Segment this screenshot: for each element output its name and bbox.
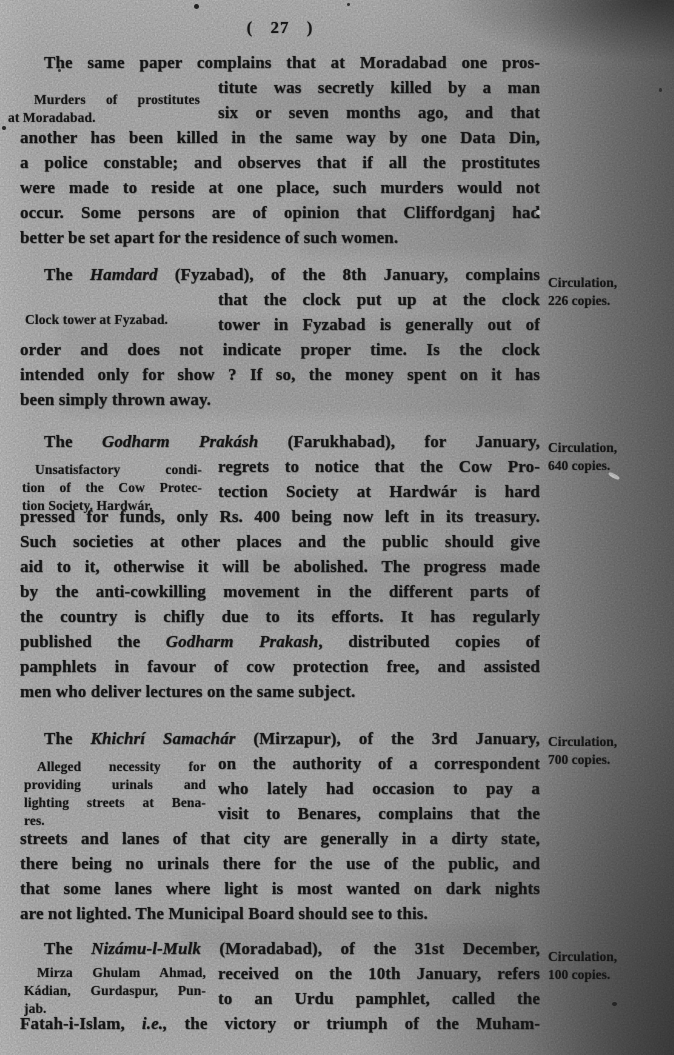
line-segment: published the <box>20 632 166 651</box>
body-line: tection Society at Hardwár is hard <box>218 479 540 504</box>
margin-note-line: at Moradabad. <box>8 109 200 127</box>
body-line: there being no urinals there for the use… <box>20 851 540 876</box>
line-segment: (Moradabad), of the 31st December, <box>201 939 540 958</box>
body-line: men who deliver lectures on the same sub… <box>20 679 540 704</box>
body-line: intended only for show ? If so, the mone… <box>20 362 540 387</box>
margin-note-line: tion of the Cow Protec- <box>22 479 202 497</box>
body-line: that the clock put up at the clock <box>218 287 540 312</box>
line-segment: The <box>44 939 91 958</box>
paper-speck <box>2 126 6 130</box>
line-segment: , distributed copies of <box>318 632 540 651</box>
circulation-line: 226 copies. <box>548 292 652 310</box>
margin-note-line: jab. <box>24 1000 206 1018</box>
margin-note-line: Mirza Ghulam Ahmad, <box>24 964 206 982</box>
body-line: received on the 10th January, refers <box>218 961 540 986</box>
line-segment: The <box>44 729 91 748</box>
paper-speck <box>347 3 350 6</box>
circulation-note: Circulation, 640 copies. <box>548 439 652 475</box>
body-line: tower in Fyzabad is generally out of <box>218 312 540 337</box>
line-segment: (Mirzapur), of the 3rd January, <box>236 729 540 748</box>
line-segment: The <box>44 265 90 284</box>
circulation-line: Circulation, <box>548 274 652 292</box>
body-line: occur. Some persons are of opinion that … <box>20 200 540 225</box>
body-line: order and does not indicate proper time.… <box>20 337 540 362</box>
newspaper-title: Hamdard <box>90 265 158 284</box>
newspaper-title: Khichrí Samachár <box>91 729 236 748</box>
margin-note-line: tion Society. Hardwár. <box>22 497 202 515</box>
body-line: to an Urdu pamphlet, called the <box>218 986 540 1011</box>
body-line: the country is chifly due to its efforts… <box>20 604 540 629</box>
line-segment: (Fyzabad), of the 8th January, complains <box>158 265 540 284</box>
margin-note-line: providing urinals and <box>24 776 206 794</box>
body-line: The Hamdard (Fyzabad), of the 8th Januar… <box>20 262 540 287</box>
body-line: were made to reside at one place, such m… <box>20 175 540 200</box>
page-number: ( 27 ) <box>20 18 540 38</box>
body-line: who lately had occasion to pay a <box>218 776 540 801</box>
margin-note-line: Unsatisfactory condi- <box>22 461 202 479</box>
body-line: aid to it, otherwise it will be abolishe… <box>20 554 540 579</box>
newspaper-title: Godharm Prakash <box>166 632 319 651</box>
circulation-line: 700 copies. <box>548 751 652 769</box>
margin-note-benares: Alleged necessity for providing urinals … <box>24 758 206 830</box>
margin-note-line: Kádian, Gurdaspur, Pun- <box>24 982 206 1000</box>
circulation-line: Circulation, <box>548 733 652 751</box>
circulation-line: Circulation, <box>548 948 652 966</box>
newspaper-title: Nizámu-l-Mulk <box>91 939 201 958</box>
margin-note-murders: Murders of prostitutes at Moradabad. <box>8 91 200 127</box>
circulation-line: Circulation, <box>548 439 652 457</box>
body-line: The same paper complains that at Moradab… <box>20 50 540 75</box>
body-line: The Godharm Prakásh (Farukhabad), for Ja… <box>20 429 540 454</box>
body-line: The Khichrí Samachár (Mirzapur), of the … <box>20 726 540 751</box>
body-line: published the Godharm Prakash, distribut… <box>20 629 540 654</box>
circulation-note: Circulation, 226 copies. <box>548 274 652 310</box>
body-line: Such societies at other places and the p… <box>20 529 540 554</box>
paper-speck <box>659 88 662 92</box>
body-line: by the anti-cowkilling movement in the d… <box>20 579 540 604</box>
margin-note-line: lighting streets at Bena- <box>24 794 206 812</box>
circulation-note: Circulation, 100 copies. <box>548 948 652 984</box>
circulation-line: 100 copies. <box>548 966 652 984</box>
body-line: on the authority of a correspondent <box>218 751 540 776</box>
body-line: visit to Benares, complains that the <box>218 801 540 826</box>
paper-speck <box>612 1002 617 1006</box>
line-segment: The <box>44 432 102 451</box>
body-line: regrets to notice that the Cow Pro- <box>218 454 540 479</box>
body-line: six or seven months ago, and that <box>218 100 540 125</box>
margin-note-line: Alleged necessity for <box>24 758 206 776</box>
margin-note-cow-protection: Unsatisfactory condi- tion of the Cow Pr… <box>22 461 202 515</box>
circulation-note: Circulation, 700 copies. <box>548 733 652 769</box>
margin-note-line: Clock tower at Fyzabad. <box>25 311 217 329</box>
circulation-line: 640 copies. <box>548 457 652 475</box>
body-line: titute was secretly killed by a man <box>218 75 540 100</box>
body-line: better be set apart for the residence of… <box>20 225 540 250</box>
margin-note-clock-tower: Clock tower at Fyzabad. <box>25 311 217 329</box>
body-line: that some lanes where light is most want… <box>20 876 540 901</box>
body-line: pamphlets in favour of cow protection fr… <box>20 654 540 679</box>
body-line: another has been killed in the same way … <box>20 125 540 150</box>
line-segment: (Farukhabad), for January, <box>258 432 540 451</box>
newspaper-title: Godharm Prakásh <box>102 432 258 451</box>
paper-speck <box>194 4 199 9</box>
paragraph-moradabad-murders: The same paper complains that at Moradab… <box>20 50 540 250</box>
margin-note-line: res. <box>24 812 206 830</box>
body-line: are not lighted. The Municipal Board sho… <box>20 901 540 926</box>
body-line: a police constable; and observes that if… <box>20 150 540 175</box>
line-segment: the victory or triumph of the Muham- <box>167 1014 540 1033</box>
margin-note-line: Murders of prostitutes <box>8 91 200 109</box>
body-line: The Nizámu-l-Mulk (Moradabad), of the 31… <box>20 936 540 961</box>
paragraph-clock-tower: The Hamdard (Fyzabad), of the 8th Januar… <box>20 262 540 412</box>
scanned-page: ( 27 ) The same paper complains that at … <box>0 0 674 1055</box>
body-line: been simply thrown away. <box>20 387 540 412</box>
margin-note-mirza-ghulam-ahmad: Mirza Ghulam Ahmad, Kádian, Gurdaspur, P… <box>24 964 206 1018</box>
